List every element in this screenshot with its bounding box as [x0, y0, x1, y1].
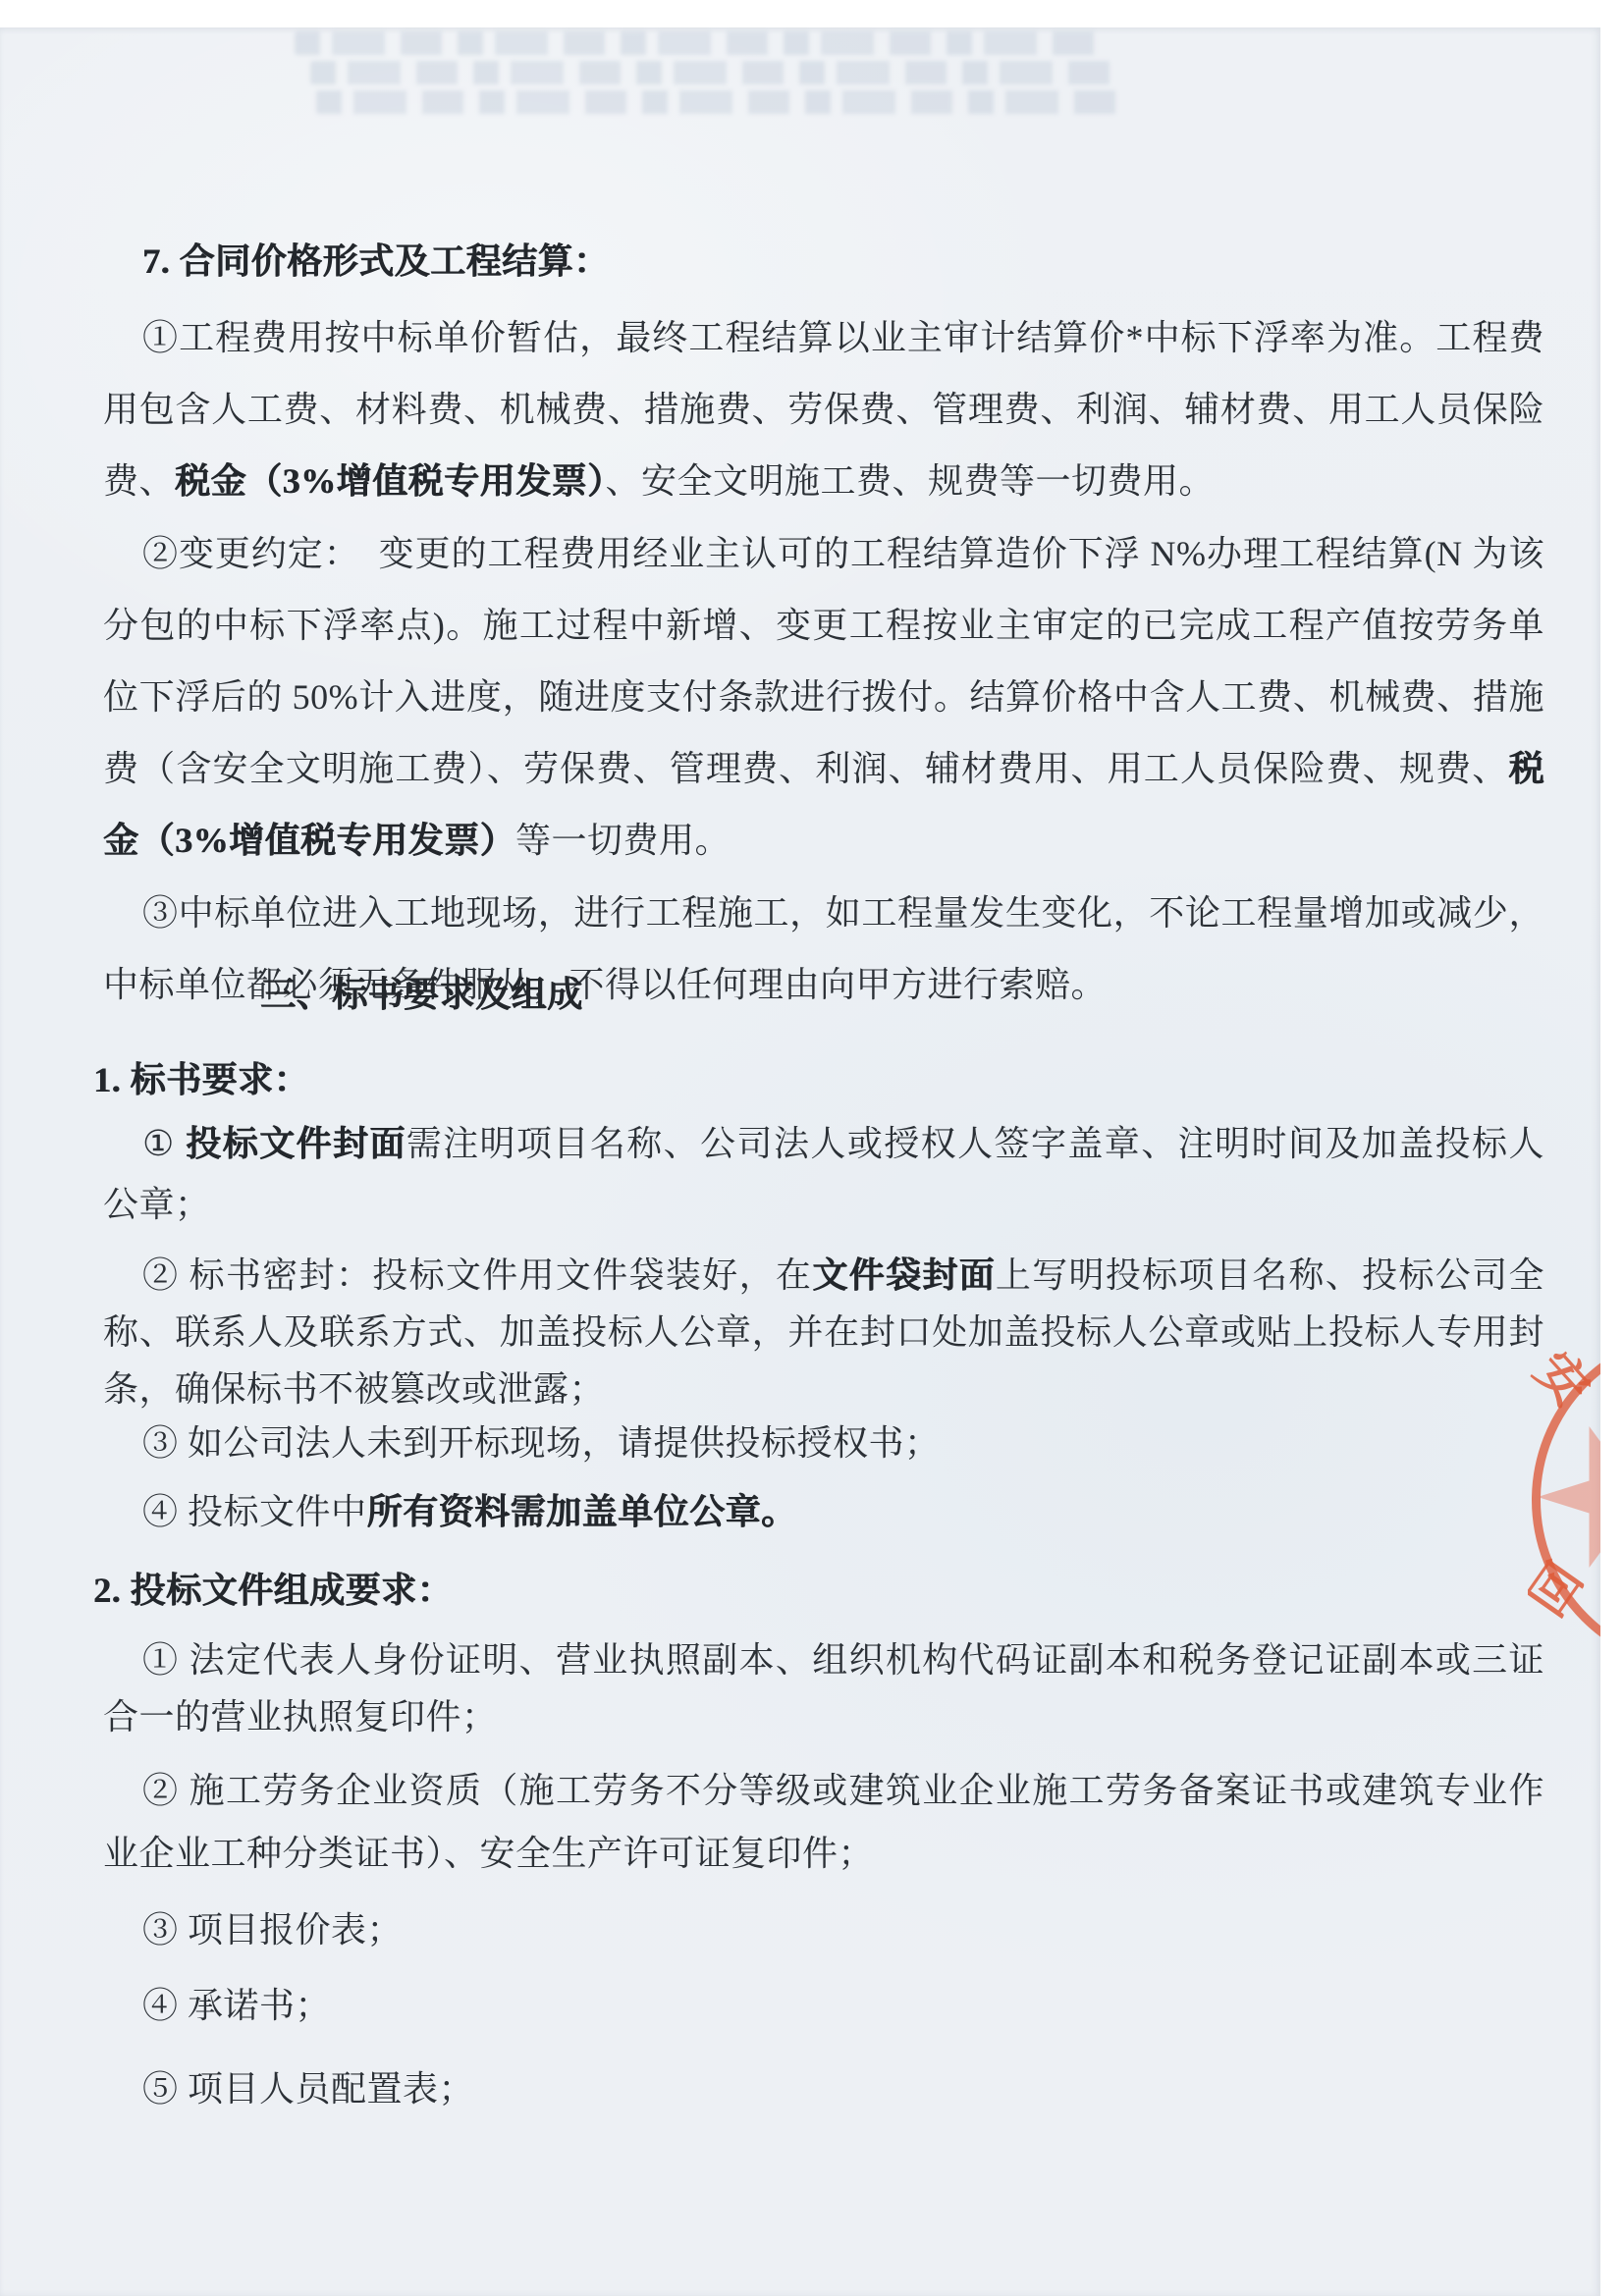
paragraph-text: 、安全文明施工费、规费等一切费用。: [606, 461, 1216, 501]
bid-requirement-item-1: ① 投标文件封面需注明项目名称、公司法人或授权人签字盖章、注明时间及加盖投标人公…: [103, 1113, 1544, 1235]
bleed-through-marks: [295, 31, 1102, 55]
bleed-through-marks: [310, 61, 1113, 84]
official-seal-stamp-fragment: 安 回: [1528, 1325, 1600, 1675]
item-text-bold: 文件袋封面: [812, 1255, 996, 1295]
section3-heading: 三、标书要求及组成: [260, 959, 1537, 1031]
bid-composition-item-1: ① 法定代表人身份证明、营业执照副本、组织机构代码证副本和税务登记证副本或三证合…: [103, 1631, 1544, 1745]
section7-paragraph-2: ②变更约定： 变更的工程费用经业主认可的工程结算造价下浮 N%办理工程结算(N …: [103, 518, 1544, 877]
paragraph-text: ②变更约定： 变更的工程费用经业主认可的工程结算造价下浮 N%办理工程结算(N …: [103, 534, 1544, 788]
bid-composition-item-4: ④ 承诺书；: [103, 1976, 1544, 2035]
item-text-bold: 所有资料需加盖单位公章。: [367, 1492, 797, 1531]
subsection2-heading: 2. 投标文件组成要求：: [93, 1555, 1537, 1627]
paragraph-text-bold: 税金（3%增值税专用发票）: [175, 461, 606, 501]
bleed-through-marks: [316, 90, 1125, 114]
bid-requirement-item-2: ② 标书密封：投标文件用文件袋装好，在文件袋封面上写明投标项目名称、投标公司全称…: [103, 1247, 1544, 1417]
bid-requirement-item-4: ④ 投标文件中所有资料需加盖单位公章。: [103, 1482, 1544, 1541]
subsection1-heading: 1. 标书要求：: [93, 1044, 1537, 1116]
item-text-bold: 投标文件封面: [186, 1124, 406, 1163]
bid-composition-item-2: ② 施工劳务企业资质（施工劳务不分等级或建筑业企业施工劳务备案证书或建筑专业作业…: [103, 1759, 1544, 1885]
bid-composition-item-3: ③ 项目报价表；: [103, 1900, 1544, 1959]
section7-heading: 7. 合同价格形式及工程结算：: [103, 226, 1544, 297]
item-text: ② 标书密封：投标文件用文件袋装好，在: [142, 1255, 812, 1295]
item-text: ①: [142, 1124, 186, 1163]
item-text: ④ 投标文件中: [142, 1492, 367, 1531]
bid-composition-item-5: ⑤ 项目人员配置表；: [103, 2059, 1544, 2118]
bid-requirement-item-3: ③ 如公司法人未到开标现场，请提供投标授权书；: [103, 1414, 1544, 1472]
scanned-document-page: 7. 合同价格形式及工程结算： ①工程费用按中标单价暂估，最终工程结算以业主审计…: [0, 0, 1624, 2296]
section7-paragraph-1: ①工程费用按中标单价暂估，最终工程结算以业主审计结算价*中标下浮率为准。工程费用…: [103, 302, 1544, 517]
paragraph-text: 等一切费用。: [515, 821, 731, 860]
